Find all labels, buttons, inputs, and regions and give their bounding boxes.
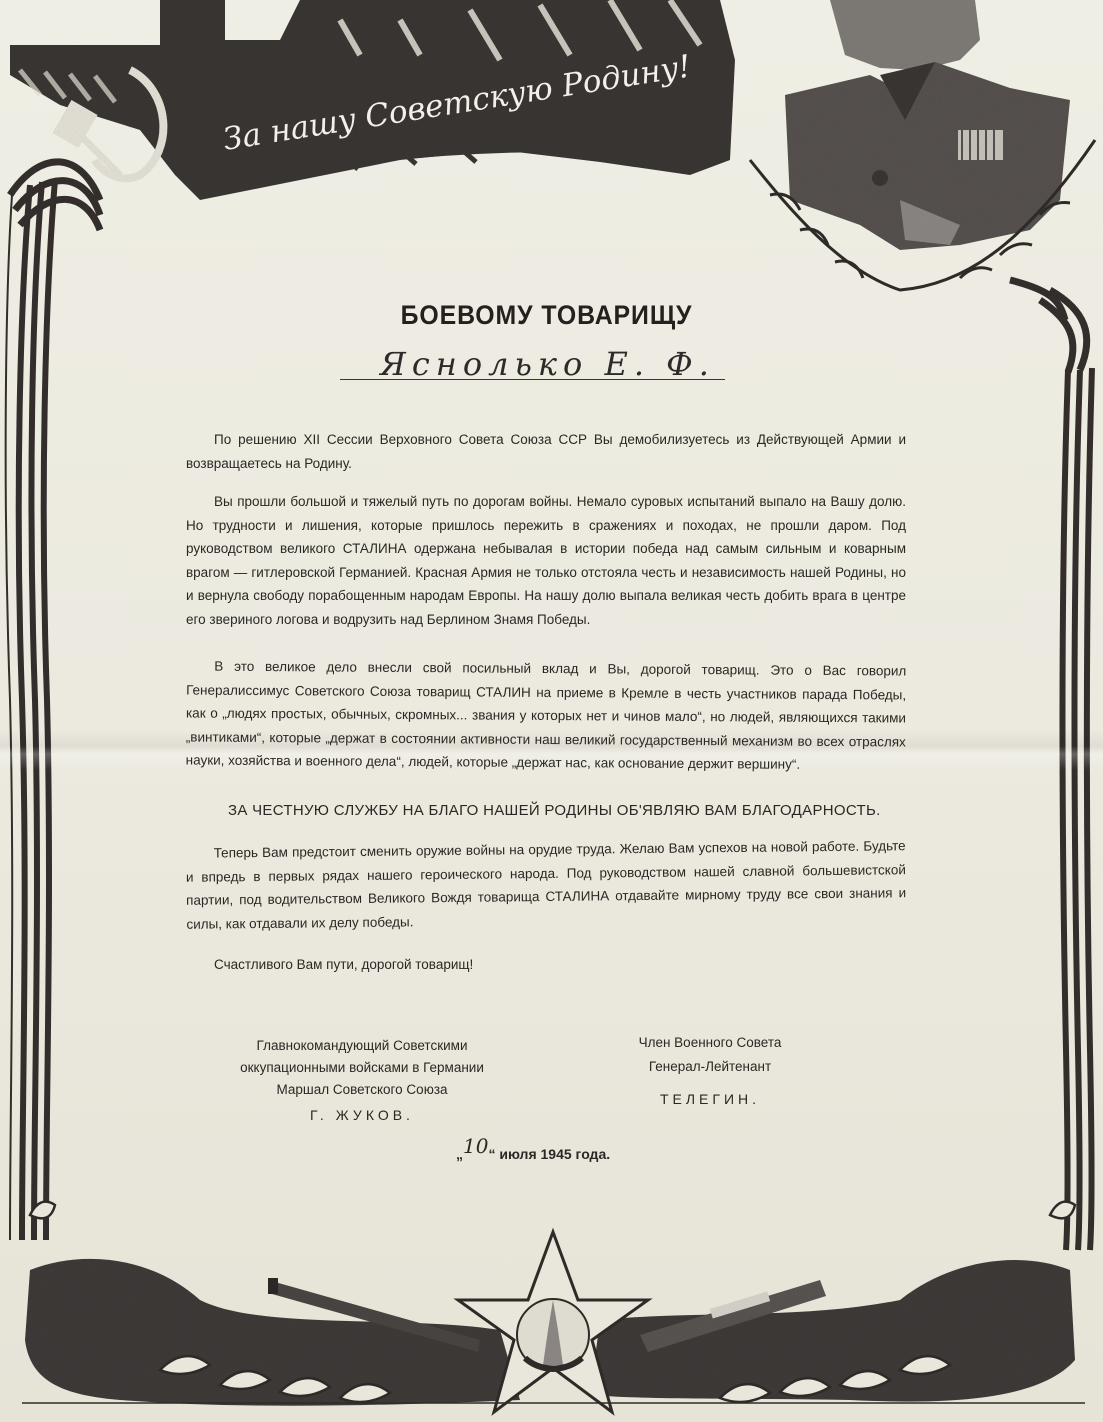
paragraph-text: Счастливого Вам пути, дорогой товарищ! [186,953,906,977]
paragraph-closing: Теперь Вам предстоит сменить оружие войн… [186,834,907,936]
portrait-image [785,0,1070,250]
signature-title-line: Член Военного Совета [600,1031,820,1055]
signatory-name: ТЕЛЕГИН. [600,1087,820,1111]
gratitude-line: ЗА ЧЕСТНУЮ СЛУЖБУ НА БЛАГО НАШЕЙ РОДИНЫ … [228,802,908,819]
recipient-name-handwritten: Яснолько Е. Ф. [360,345,750,383]
paragraph-text: По решению XII Сессии Верховного Совета … [186,428,906,475]
paragraph-war-path: Вы прошли большой и тяжелый путь по доро… [186,490,906,631]
signature-title-line: Главнокомандующий Советскими [212,1035,512,1057]
date-day-handwritten: 10 [463,1134,488,1158]
paragraph-farewell: Счастливого Вам пути, дорогой товарищ! [186,953,906,977]
recipient-underline [340,379,725,380]
date-open-quote: „ [456,1146,463,1162]
date-month-year: июля 1945 года. [495,1146,610,1162]
signature-rank: Генерал-Лейтенант [600,1055,820,1079]
document-date: „10“ июля 1945 года. [456,1140,610,1164]
signature-rank: Маршал Советского Союза [212,1079,512,1101]
signature-title-line: оккупационными войсками в Германии [212,1057,512,1079]
paragraph-text: В это великое дело внесли свой посильный… [186,654,907,777]
signature-block-right: Член Военного Совета Генерал-Лейтенант Т… [600,1031,820,1111]
paragraph-stalin-quote: В это великое дело внесли свой посильный… [186,654,907,777]
paragraph-text: Вы прошли большой и тяжелый путь по доро… [186,490,906,631]
signatory-name: Г. ЖУКОВ. [212,1104,512,1126]
document-title: БОЕВОМУ ТОВАРИЩУ [39,300,1054,331]
ribbon-border-left [6,180,55,1240]
paragraph-demobilization: По решению XII Сессии Верховного Совета … [186,428,906,475]
signature-block-left: Главнокомандующий Советскими оккупационн… [212,1035,512,1126]
paragraph-text: Теперь Вам предстоит сменить оружие войн… [186,834,907,936]
